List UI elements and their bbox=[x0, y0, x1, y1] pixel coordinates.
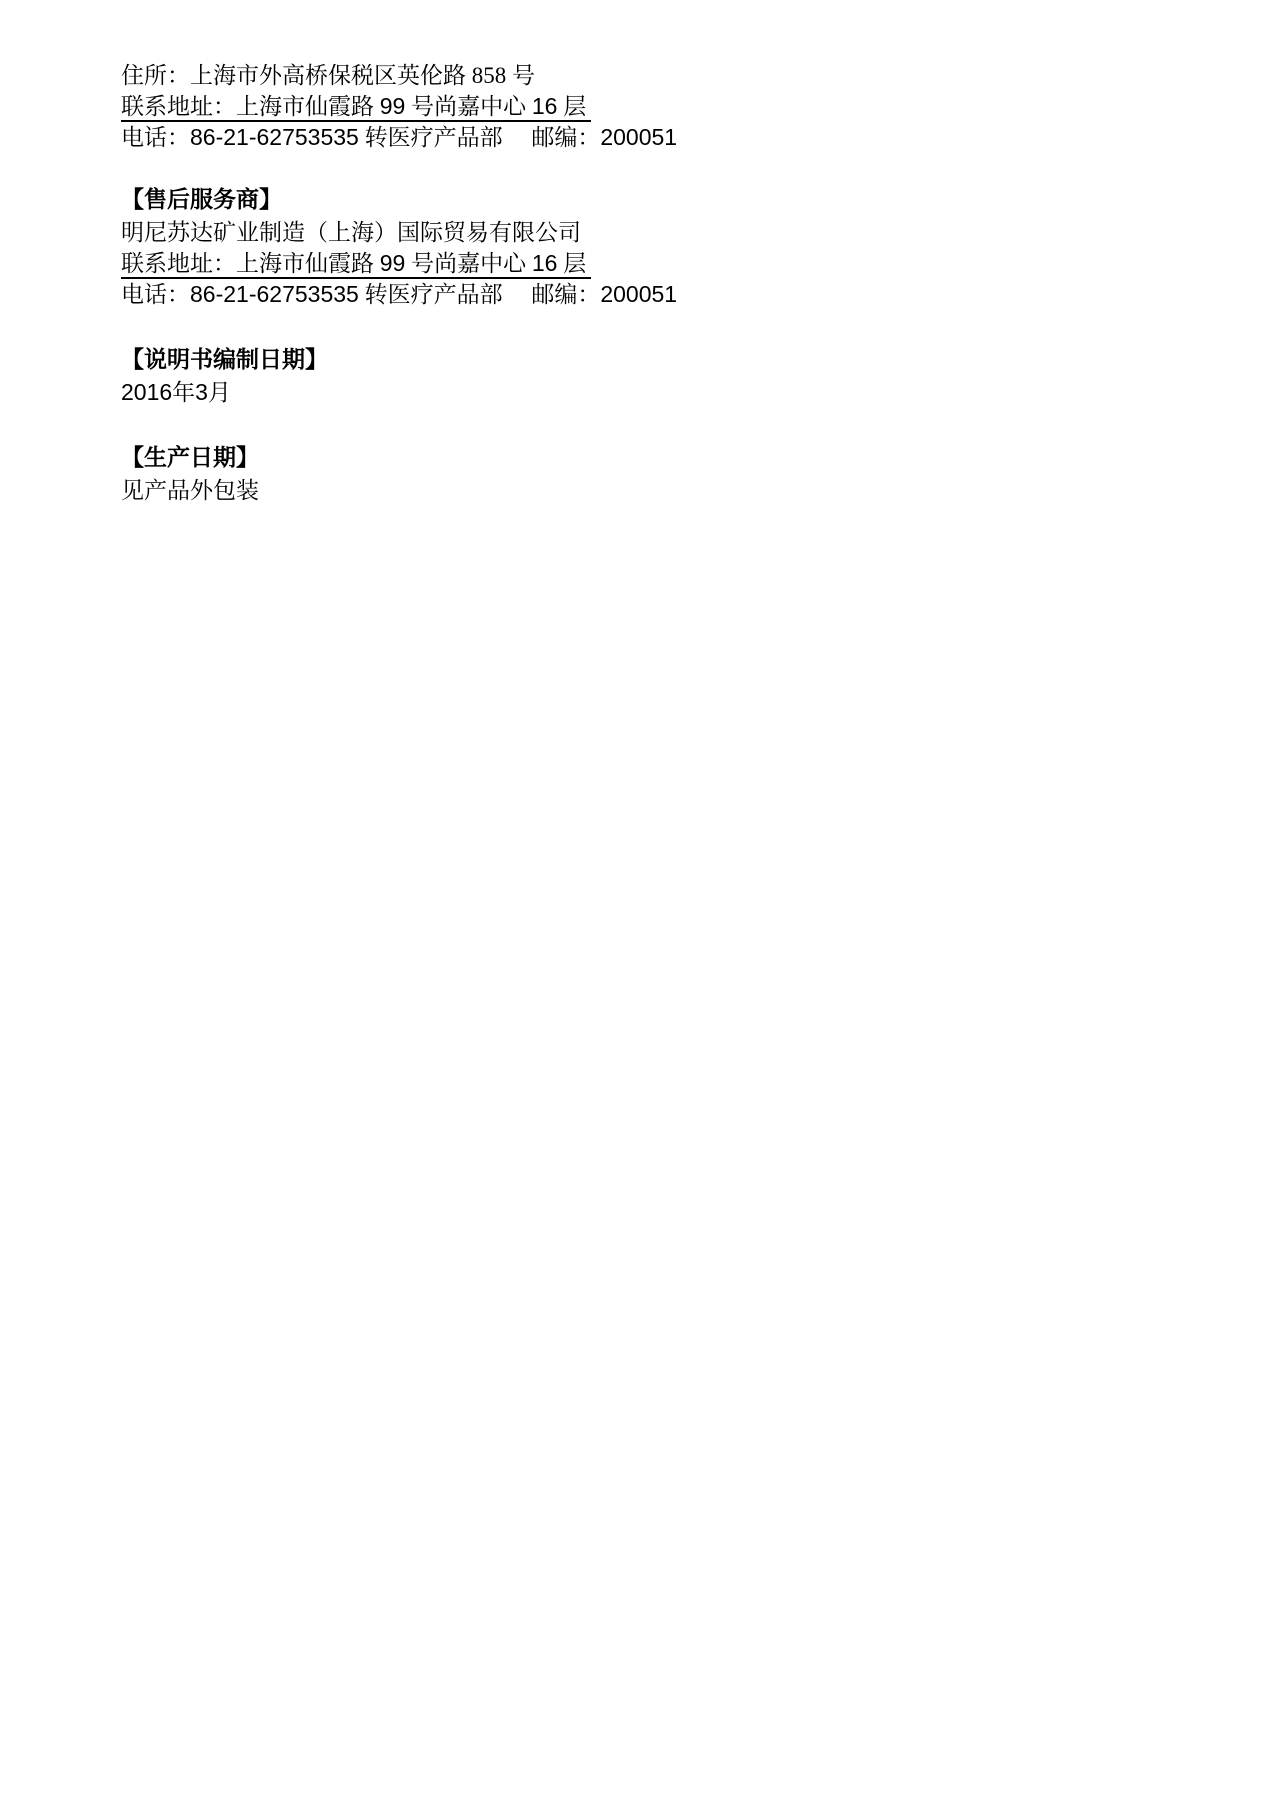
residence-suffix: 号 bbox=[506, 63, 535, 88]
compile-year: 2016 bbox=[121, 379, 172, 405]
section-after-sales-service: 【售后服务商】 明尼苏达矿业制造（上海）国际贸易有限公司 联系地址：上海市仙霞路… bbox=[121, 184, 921, 310]
production-date-heading: 【生产日期】 bbox=[121, 442, 921, 473]
production-date-line: 见产品外包装 bbox=[121, 475, 921, 506]
contact-address-underlined: 联系地址：上海市仙霞路 99 号尚嘉中心 16 层 bbox=[121, 251, 591, 279]
residence-line: 住所：上海市外高桥保税区英伦路 858 号 bbox=[121, 60, 921, 91]
compile-month: 3 bbox=[195, 379, 208, 405]
contact-address-underlined: 联系地址：上海市仙霞路 99 号尚嘉中心 16 层 bbox=[121, 94, 591, 122]
contact-address-line: 联系地址：上海市仙霞路 99 号尚嘉中心 16 层 bbox=[121, 248, 921, 279]
after-sales-provider-heading: 【售后服务商】 bbox=[121, 184, 921, 215]
postcode-value: 200051 bbox=[600, 124, 677, 150]
company-name-line: 明尼苏达矿业制造（上海）国际贸易有限公司 bbox=[121, 217, 921, 248]
postcode-value: 200051 bbox=[600, 281, 677, 307]
document-content: 住所：上海市外高桥保税区英伦路 858 号 联系地址：上海市仙霞路 99 号尚嘉… bbox=[121, 60, 921, 506]
phone-extension: 转医疗产品部 bbox=[359, 282, 503, 307]
phone-number: 86-21-62753535 bbox=[190, 124, 359, 150]
residence-text: 住所：上海市外高桥保税区英伦路 bbox=[121, 63, 472, 88]
phone-number: 86-21-62753535 bbox=[190, 281, 359, 307]
contact-address-line: 联系地址：上海市仙霞路 99 号尚嘉中心 16 层 bbox=[121, 91, 921, 122]
compile-date-line: 2016年3月 bbox=[121, 377, 921, 408]
phone-postcode-line: 电话：86-21-62753535 转医疗产品部 邮编：200051 bbox=[121, 279, 921, 310]
postcode-label: 邮编： bbox=[503, 125, 601, 150]
phone-postcode-line: 电话：86-21-62753535 转医疗产品部 邮编：200051 bbox=[121, 122, 921, 153]
section-production-date: 【生产日期】 见产品外包装 bbox=[121, 442, 921, 506]
phone-label: 电话： bbox=[121, 125, 190, 150]
phone-extension: 转医疗产品部 bbox=[359, 125, 503, 150]
section-manual-compile-date: 【说明书编制日期】 2016年3月 bbox=[121, 344, 921, 408]
residence-street-number: 858 bbox=[472, 63, 507, 88]
manual-compile-date-heading: 【说明书编制日期】 bbox=[121, 344, 921, 375]
document-page: 住所：上海市外高桥保税区英伦路 858 号 联系地址：上海市仙霞路 99 号尚嘉… bbox=[0, 0, 1283, 1815]
phone-label: 电话： bbox=[121, 282, 190, 307]
postcode-label: 邮编： bbox=[503, 282, 601, 307]
section-registrant-contact: 住所：上海市外高桥保税区英伦路 858 号 联系地址：上海市仙霞路 99 号尚嘉… bbox=[121, 60, 921, 153]
